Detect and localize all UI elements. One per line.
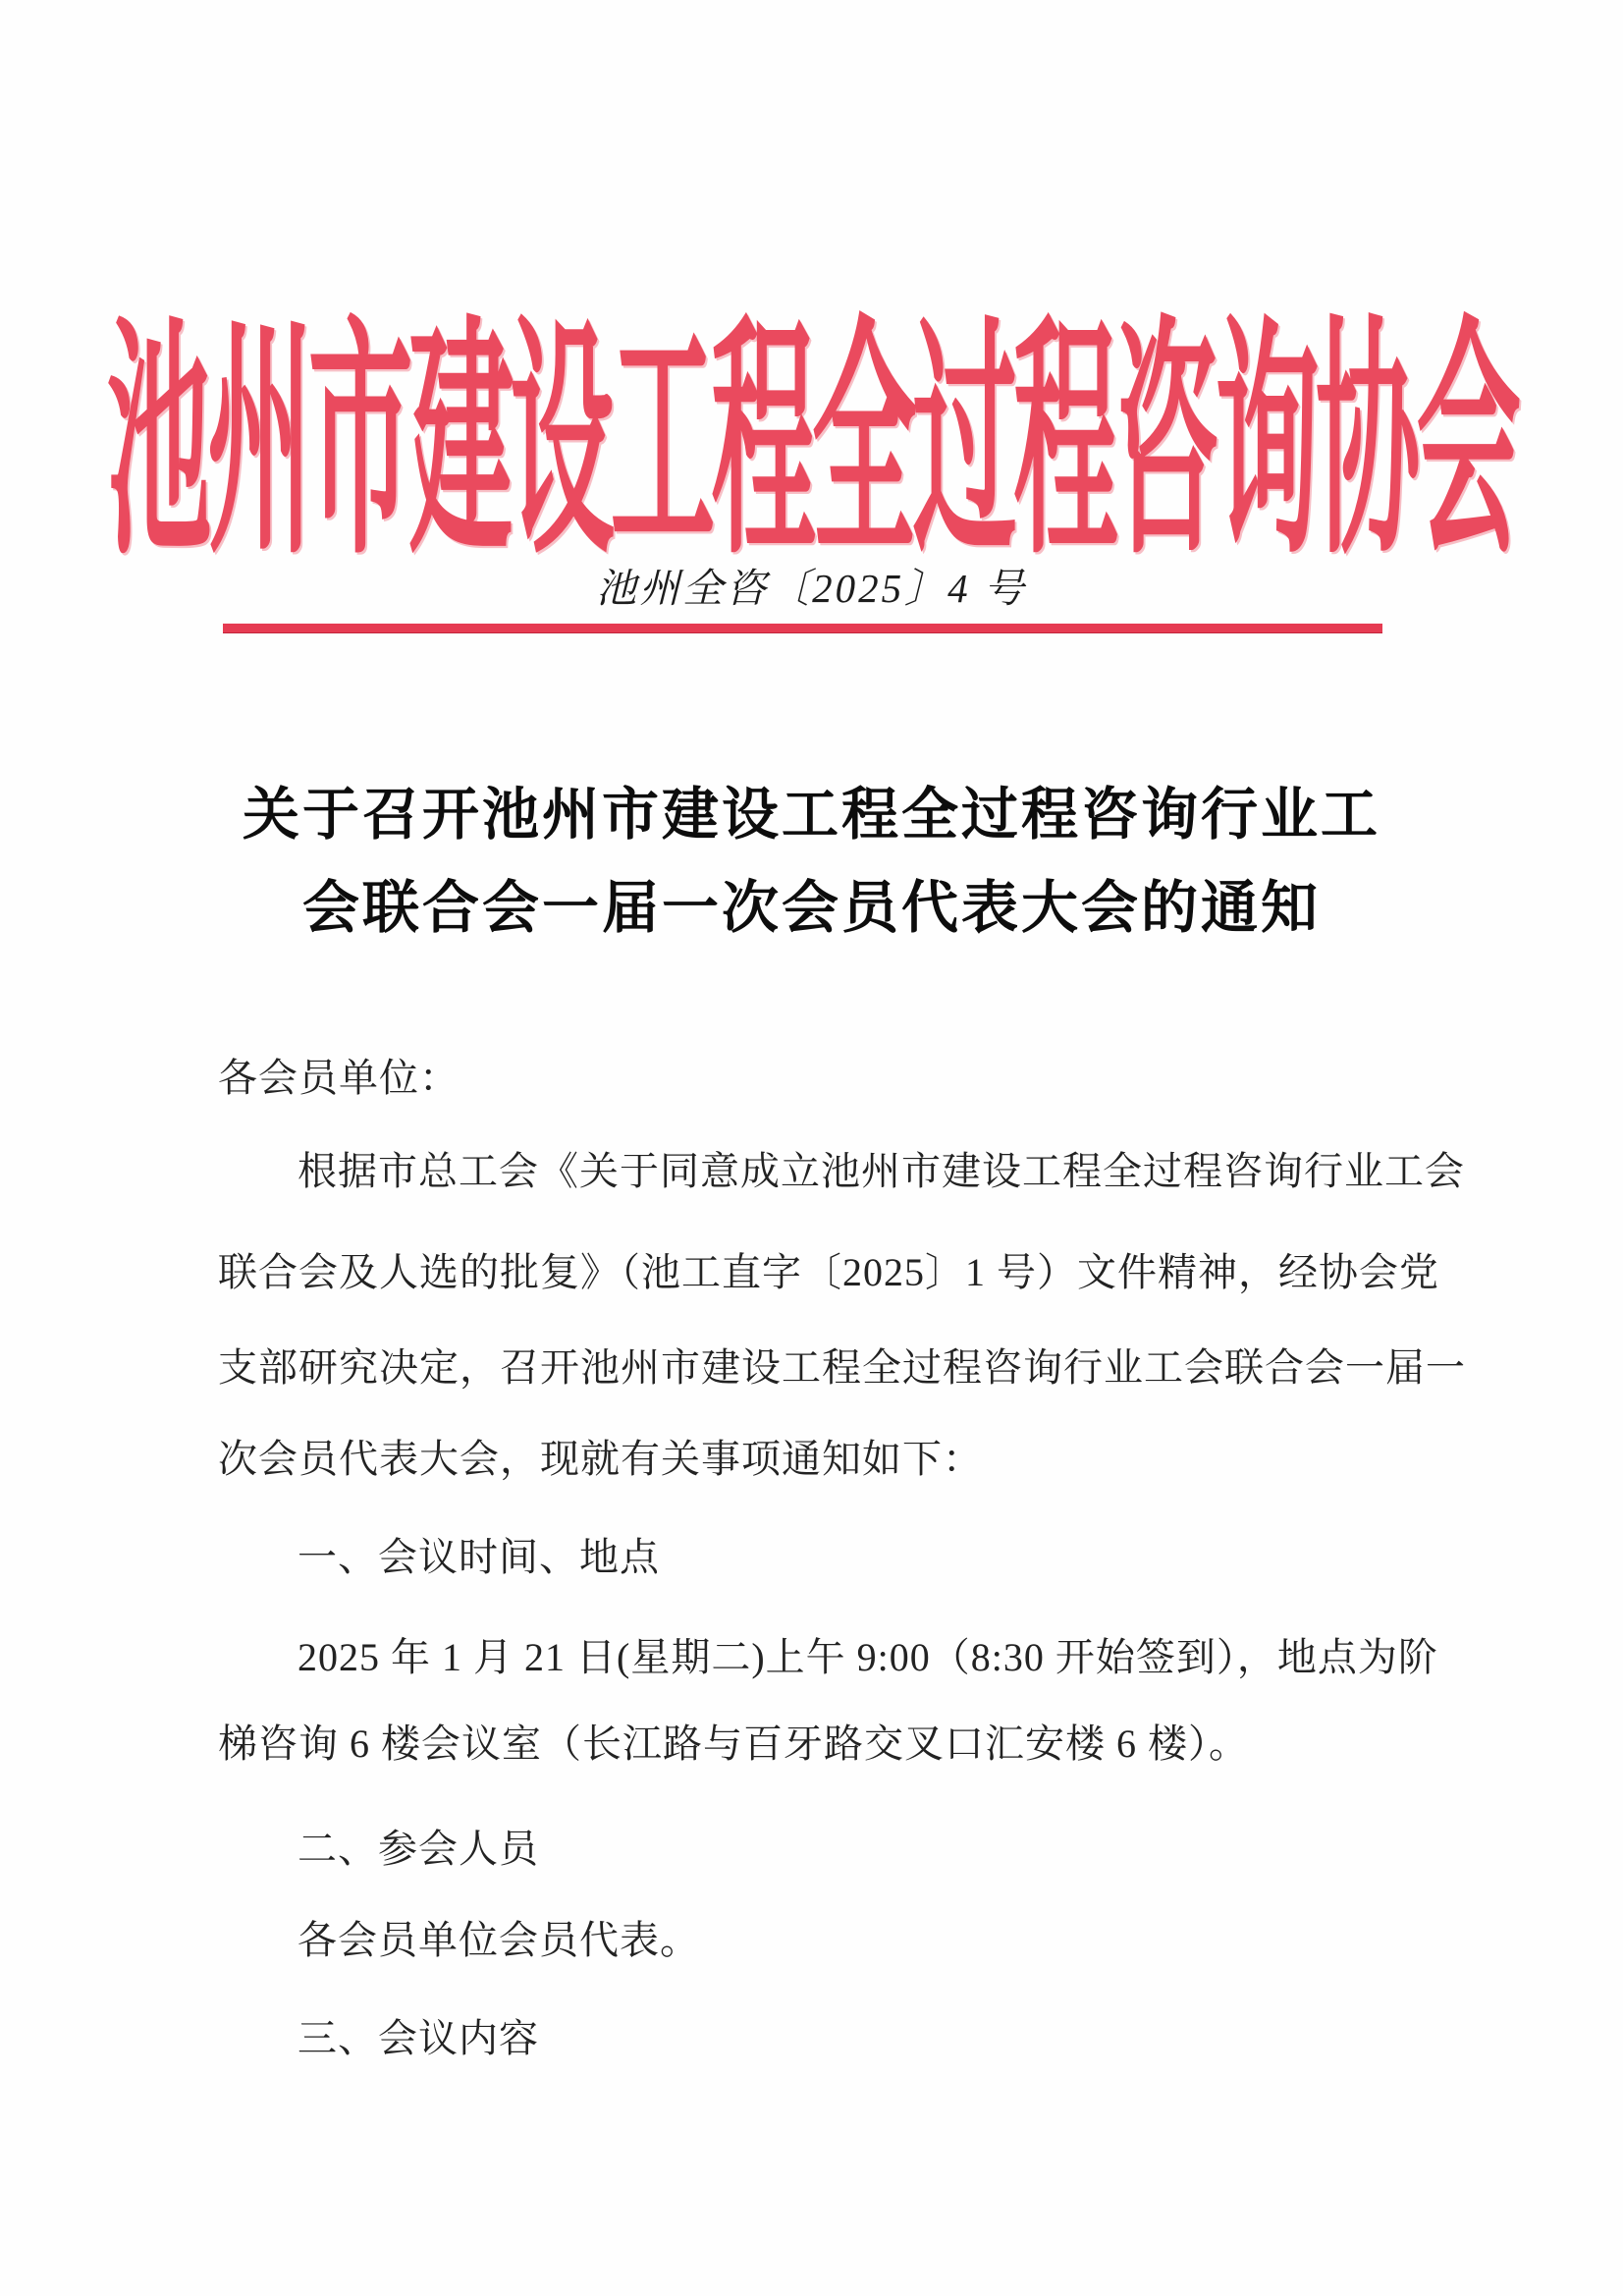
red-divider-line bbox=[223, 624, 1382, 633]
body-line: 三、会议内容 bbox=[298, 2016, 539, 2061]
notice-title-line-1: 关于召开池州市建设工程全过程咨询行业工 bbox=[0, 768, 1623, 861]
notice-title: 关于召开池州市建设工程全过程咨询行业工 会联合会一届一次会员代表大会的通知 bbox=[0, 768, 1623, 955]
document-number: 池州全咨〔2025〕4 号 bbox=[0, 556, 1623, 614]
body-line: 支部研究决定，召开池州市建设工程全过程咨询行业工会联合会一届一 bbox=[218, 1345, 1466, 1391]
body-line: 根据市总工会《关于同意成立池州市建设工程全过程咨询行业工会 bbox=[298, 1149, 1465, 1194]
notice-title-line-2: 会联合会一届一次会员代表大会的通知 bbox=[0, 861, 1623, 955]
body-line: 2025 年 1 月 21 日(星期二)上午 9:00（8:30 开始签到），地… bbox=[298, 1635, 1438, 1680]
body-line: 次会员代表大会，现就有关事项通知如下： bbox=[218, 1437, 983, 1482]
body-line: 各会员单位： bbox=[218, 1056, 460, 1101]
body-line: 一、会议时间、地点 bbox=[298, 1535, 660, 1580]
letterhead-title: 池州市建设工程全过程咨询协会 bbox=[106, 240, 1516, 603]
body-line: 联合会及人选的批复》（池工直字〔2025〕1 号）文件精神，经协会党 bbox=[218, 1250, 1439, 1295]
body-line: 二、参会人员 bbox=[298, 1827, 539, 1872]
letterhead: 池州市建设工程全过程咨询协会 bbox=[0, 240, 1623, 398]
document-page: 池州市建设工程全过程咨询协会 池州全咨〔2025〕4 号 关于召开池州市建设工程… bbox=[0, 0, 1623, 2296]
body-line: 各会员单位会员代表。 bbox=[298, 1918, 700, 1963]
body-line: 梯咨询 6 楼会议室（长江路与百牙路交叉口汇安楼 6 楼）。 bbox=[218, 1722, 1249, 1767]
